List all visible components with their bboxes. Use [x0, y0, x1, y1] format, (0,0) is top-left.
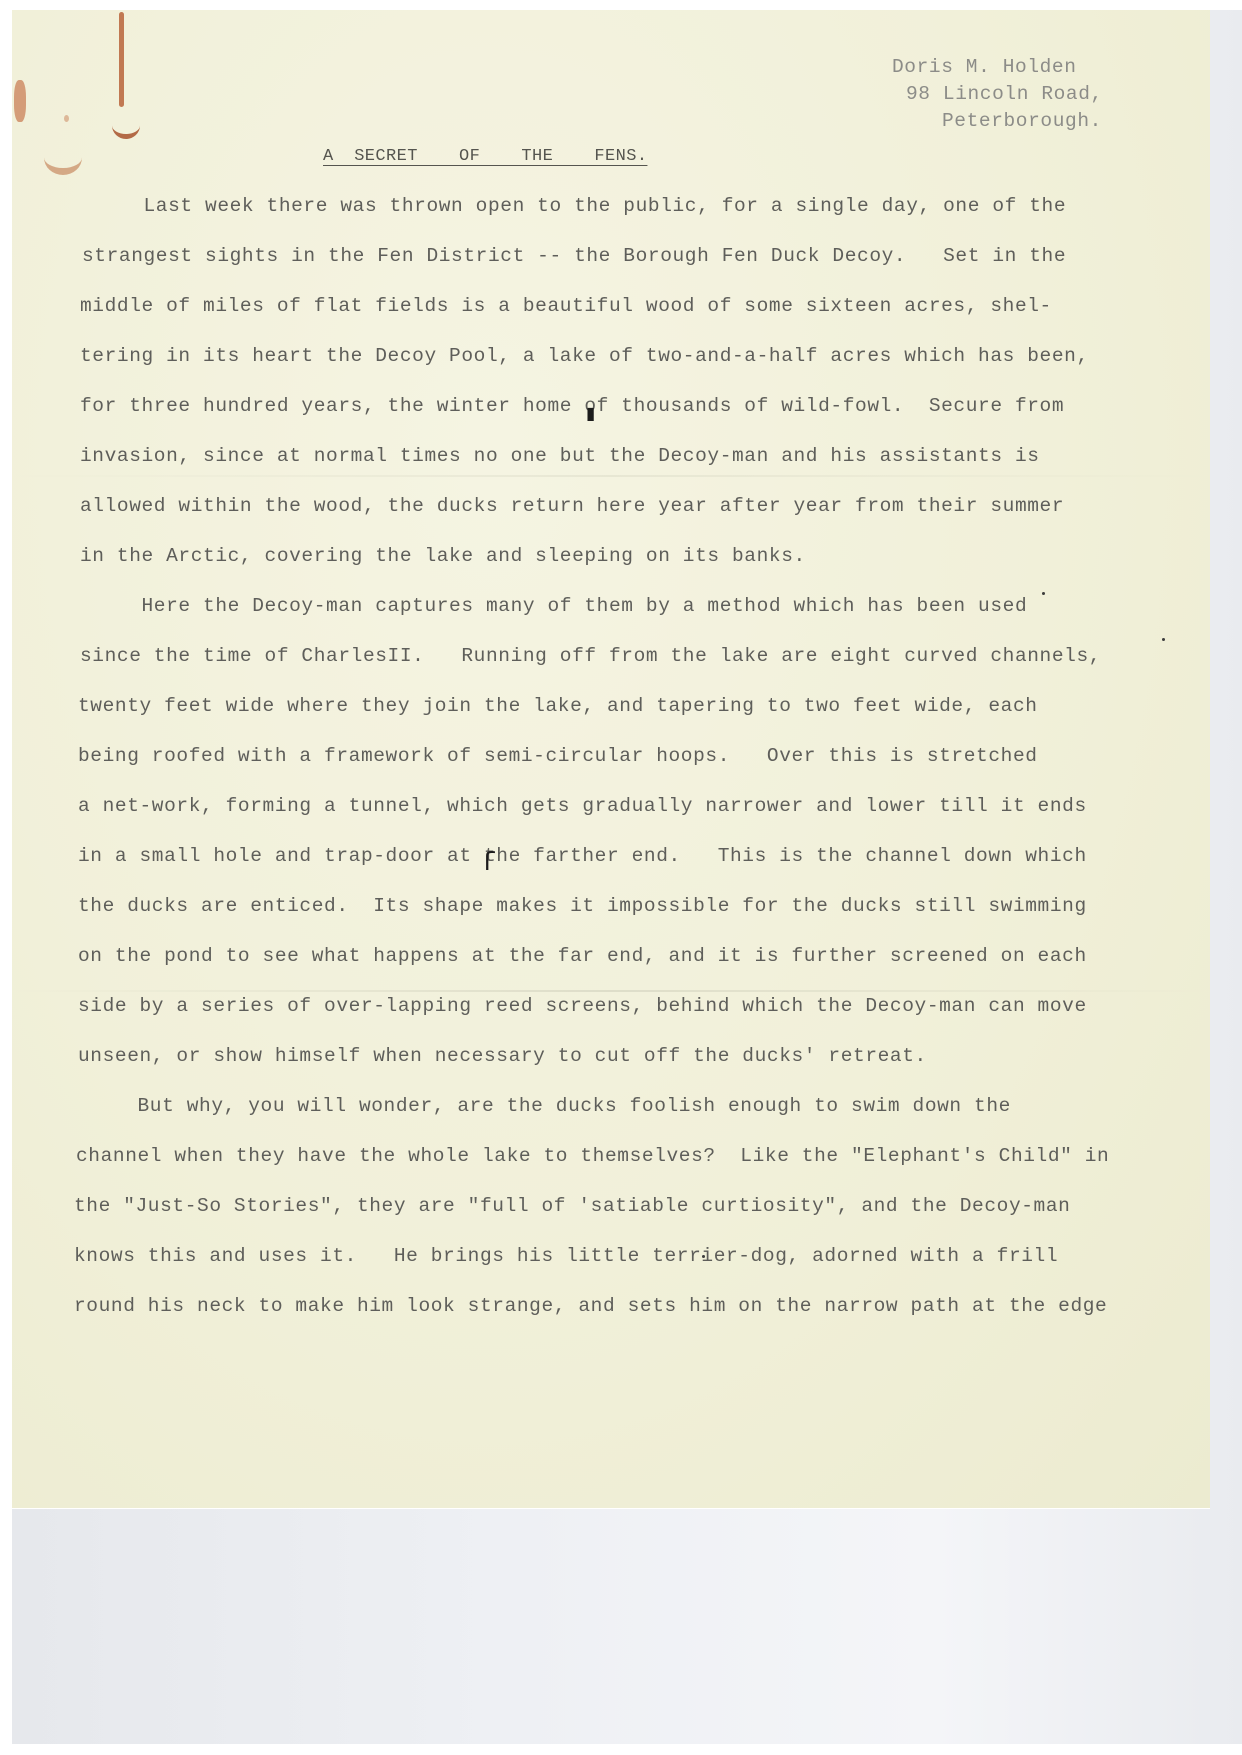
body-text-line: knows this and uses it. He brings his li… — [74, 1247, 1058, 1267]
body-text-line: the ducks are enticed. Its shape makes i… — [78, 897, 1087, 917]
body-text-line: round his neck to make him look strange,… — [74, 1297, 1107, 1317]
body-text-line: Last week there was thrown open to the p… — [82, 197, 1066, 217]
body-text-line: But why, you will wonder, are the ducks … — [76, 1097, 1011, 1117]
rust-stain-mark — [119, 12, 124, 107]
rust-stain-mark — [64, 115, 69, 122]
body-text-line: in the Arctic, covering the lake and sle… — [80, 547, 806, 567]
body-text-line: the "Just-So Stories", they are "full of… — [74, 1197, 1070, 1217]
body-text-line: middle of miles of flat fields is a beau… — [80, 297, 1052, 317]
body-text-line: strangest sights in the Fen District -- … — [82, 247, 1066, 267]
body-text-line: Here the Decoy-man captures many of them… — [80, 597, 1027, 617]
ink-speck — [1042, 592, 1045, 595]
typewritten-page: Doris M. Holden 98 Lincoln Road, Peterbo… — [12, 10, 1210, 1508]
sender-town: Peterborough. — [942, 112, 1102, 132]
body-text-line: for three hundred years, the winter home… — [80, 397, 1064, 417]
sender-name: Doris M. Holden — [892, 58, 1077, 78]
body-text-line: since the time of CharlesII. Running off… — [80, 647, 1101, 667]
body-text-line: twenty feet wide where they join the lak… — [78, 697, 1038, 717]
rust-stain-mark — [44, 140, 82, 175]
paper-fold-line — [12, 990, 1210, 992]
body-text-line: being roofed with a framework of semi-ci… — [78, 747, 1038, 767]
body-text-line: unseen, or show himself when necessary t… — [78, 1047, 927, 1067]
body-text-line: a net-work, forming a tunnel, which gets… — [78, 797, 1087, 817]
rust-stain-mark — [14, 80, 26, 122]
document-title: A SECRET OF THE FENS. — [323, 148, 647, 165]
ink-speck — [1162, 638, 1165, 641]
body-text-line: channel when they have the whole lake to… — [76, 1147, 1109, 1167]
body-text-line: allowed within the wood, the ducks retur… — [80, 497, 1064, 517]
body-text-line: in a small hole and trap-door at the far… — [78, 847, 1087, 867]
body-text-line: tering in its heart the Decoy Pool, a la… — [80, 347, 1089, 367]
ink-correction-mark: ▮ — [584, 401, 597, 427]
body-text-line: side by a series of over-lapping reed sc… — [78, 997, 1087, 1017]
rust-stain-mark — [112, 112, 140, 139]
ink-speck — [702, 1255, 705, 1258]
body-text-line: on the pond to see what happens at the f… — [78, 947, 1087, 967]
ink-correction-mark: ſ — [481, 848, 497, 878]
body-text-line: invasion, since at normal times no one b… — [80, 447, 1040, 467]
sender-street: 98 Lincoln Road, — [906, 85, 1103, 105]
paper-fold-line — [12, 475, 1210, 477]
